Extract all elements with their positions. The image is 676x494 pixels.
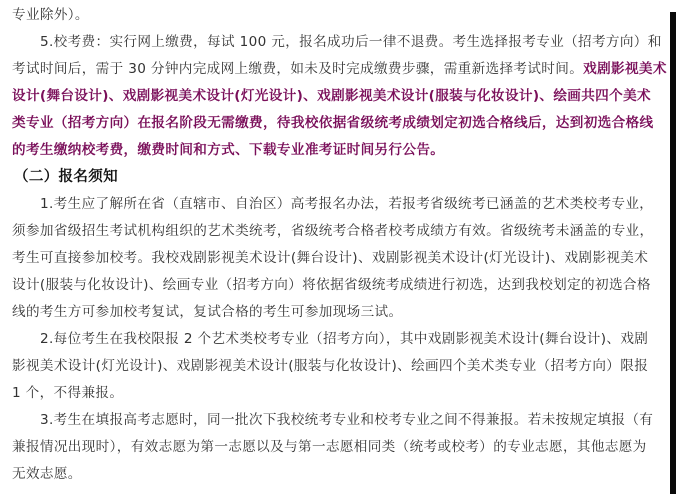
emphasis-line: 类专业（招考方向）在报名阶段无需缴费，待我校依据省级统考成绩划定初选合格线后，达… <box>12 114 653 132</box>
paragraph-line: 考生可直接参加校考。我校戏剧影视美术设计(舞台设计)、戏剧影视美术设计(灯光设计… <box>12 249 648 267</box>
paragraph-line: 3.考生在填报高考志愿时，同一批次下我校统考专业和校考专业之间不得兼报。若未按规… <box>40 411 653 429</box>
paragraph-line: 须参加省级招生考试机构组织的艺术类统考，省级统考合格者校考成绩方有效。省级统考未… <box>12 222 653 240</box>
document-page: 专业除外）。 5.校考费：实行网上缴费，每试 100 元，报名成功后一律不退费。… <box>0 0 670 494</box>
paragraph-line: 线的考生方可参加校考复试，复试合格的考生可参加现场三试。 <box>12 303 402 321</box>
paragraph-line: 影视美术设计(灯光设计)、戏剧影视美术设计(服装与化妆设计)、绘画四个美术类专业… <box>12 357 648 375</box>
fee-paragraph-line: 5.校考费：实行网上缴费，每试 100 元，报名成功后一律不退费。考生选择报考专… <box>40 33 662 51</box>
paragraph-line: 2.每位考生在我校限报 2 个艺术类校考专业（招考方向），其中戏剧影视美术设计(… <box>40 330 648 348</box>
body-text: 考试时间后，需于 30 分钟内完成网上缴费，如未及时完成缴费步骤，需重新选择考试… <box>12 61 583 77</box>
section-heading: （二）报名须知 <box>14 168 118 186</box>
paragraph-line: 1.考生应了解所在省（直辖市、自治区）高考报名办法，若报考省级统考已涵盖的艺术类… <box>40 195 653 213</box>
emphasis-text: 戏剧影视美术 <box>583 61 667 77</box>
paragraph-line: 专业除外）。 <box>12 6 89 24</box>
page-edge-corner <box>670 0 676 12</box>
paragraph-line: 1 个，不得兼报。 <box>12 384 123 402</box>
paragraph-line: 无效志愿。 <box>12 465 82 483</box>
page-edge-border <box>670 0 676 494</box>
fee-paragraph-line: 考试时间后，需于 30 分钟内完成网上缴费，如未及时完成缴费步骤，需重新选择考试… <box>12 60 667 78</box>
emphasis-line: 设计(舞台设计)、戏剧影视美术设计(灯光设计)、戏剧影视美术设计(服装与化妆设计… <box>12 87 651 105</box>
emphasis-line: 的考生缴纳校考费，缴费时间和方式、下载专业准考证时间另行公告。 <box>12 141 444 159</box>
paragraph-line: 设计(服装与化妆设计)、绘画专业（招考方向）将依据省级统考成绩进行初选，达到我校… <box>12 276 651 294</box>
paragraph-line: 兼报情况出现时），有效志愿为第一志愿以及与第一志愿相同类（统考或校考）的专业志愿… <box>12 438 647 456</box>
